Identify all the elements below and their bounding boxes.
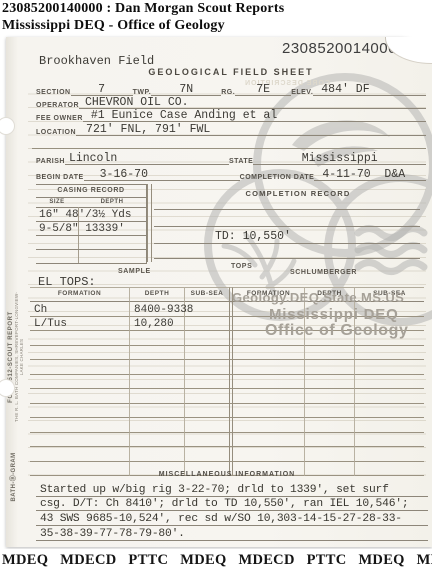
- scan-paper: Geology.DEQ.State.MS.US Mississippi DEQ …: [6, 37, 432, 547]
- operator-label: OPERATOR: [36, 102, 79, 109]
- completion-record-area: COMPLETION RECORD TD: 10,550': [152, 184, 424, 262]
- page-title-line1: 23085200140000 : Dan Morgan Scout Report…: [2, 0, 284, 17]
- begin-date-label: BEGIN DATE: [36, 174, 84, 181]
- field-name: Brookhaven Field: [39, 54, 154, 68]
- total-depth-value: TD: 10,550': [215, 230, 291, 243]
- location-value: 721' FNL, 791' FWL: [86, 124, 210, 136]
- rg-label: RG.: [221, 89, 235, 96]
- misc-line: 43 SWS 9685-10,524', rec sd w/SO 10,303-…: [36, 511, 428, 526]
- completion-record-title: COMPLETION RECORD: [198, 189, 398, 198]
- tops-col-depth: DEPTH: [305, 287, 355, 302]
- parish-label: PARISH: [36, 158, 65, 165]
- casing-record-title: CASING RECORD: [36, 185, 146, 198]
- fee-owner-label: FEE OWNER: [36, 115, 83, 122]
- page-header: 23085200140000 : Dan Morgan Scout Report…: [2, 0, 284, 34]
- fee-owner-row: FEE OWNER #1 Eunice Case Anding et al: [36, 109, 426, 122]
- fee-owner-value: #1 Eunice Case Anding et al: [91, 110, 277, 122]
- tops-row-depth: 10,280: [130, 317, 185, 332]
- misc-line: csg. D/T: Ch 8410'; drld to TD 10,550', …: [36, 497, 428, 512]
- blank-rule-line: [32, 148, 426, 149]
- misc-info-title: MISCELLANEOUS INFORMATION: [30, 471, 424, 478]
- state-value: Mississippi: [302, 153, 378, 165]
- corner-curl: [385, 37, 432, 64]
- casing-row: 16" 48'/3½ Yds: [36, 208, 146, 222]
- twp-label: TWP.: [133, 89, 152, 96]
- section-row: SECTION 7 TWP. 7N RG. 7E ELEV. 484' DF: [36, 82, 426, 96]
- tops-col-depth: DEPTH: [130, 287, 185, 302]
- casing-row-empty: [36, 250, 146, 263]
- edge-notch: [0, 117, 15, 135]
- scanned-document-page: 23085200140000 : Dan Morgan Scout Report…: [0, 0, 432, 571]
- parish-row: PARISH Lincoln STATE Mississippi: [36, 151, 426, 165]
- casing-record-header: SIZE DEPTH: [36, 198, 146, 208]
- tops-row-formation: Ch: [30, 302, 130, 317]
- begin-date-value: 3-16-70: [100, 169, 148, 181]
- sheet-title: GEOLOGICAL FIELD SHEET: [131, 67, 331, 77]
- section-label: SECTION: [36, 89, 71, 96]
- tops-col-subsea: SUB-SEA: [355, 287, 424, 302]
- twp-value: 7N: [179, 84, 193, 96]
- section-value: 7: [98, 84, 105, 96]
- tops-row-depth: 8400-9338: [130, 302, 185, 317]
- location-row: LOCATION 721' FNL, 791' FWL: [36, 122, 426, 136]
- state-label: STATE: [229, 158, 253, 165]
- sample-label: SAMPLE: [118, 268, 151, 275]
- casing-col-size: SIZE: [36, 198, 78, 207]
- footer-watermark: MDEQ MDECD PTTC MDEQ MDECD PTTC MDEQ MDE…: [0, 549, 432, 571]
- completion-date-value: 4-11-70 D&A: [322, 169, 405, 181]
- casing-row-empty: [36, 236, 146, 250]
- page-title-line2: Mississippi DEQ - Office of Geology: [2, 17, 284, 34]
- casing-row: 9-5/8" 13339': [36, 222, 146, 236]
- misc-line: Started up w/big rig 3-22-70; drld to 13…: [36, 482, 428, 497]
- operator-value: CHEVRON OIL CO.: [85, 97, 189, 109]
- tops-col-formation: FORMATION: [233, 287, 305, 302]
- operator-row: OPERATOR CHEVRON OIL CO.: [36, 96, 426, 109]
- elev-value: 484' DF: [321, 84, 369, 96]
- elev-label: ELEV.: [291, 89, 313, 96]
- schlumberger-label: SCHLUMBERGER: [290, 269, 357, 276]
- completion-date-label: COMPLETION DATE: [240, 174, 315, 181]
- parish-value: Lincoln: [69, 153, 117, 165]
- location-label: LOCATION: [36, 129, 76, 136]
- dates-row: BEGIN DATE 3-16-70 COMPLETION DATE 4-11-…: [36, 167, 426, 181]
- bath-gram-imprint: BATH-Ⓑ-GRAM: [8, 449, 20, 505]
- side-form-subtitle: THE R. L. BATH COMPANIES, SHREVEPORT-LON…: [14, 287, 24, 427]
- tops-col-formation: FORMATION: [30, 287, 130, 302]
- misc-info-block: Started up w/big rig 3-22-70; drld to 13…: [36, 482, 428, 541]
- casing-col-depth: DEPTH: [78, 198, 146, 207]
- tops-col-subsea: SUB-SEA: [185, 287, 229, 302]
- side-form-imprint: FORM 512-SCOUT REPORT THE R. L. BATH COM…: [8, 287, 24, 427]
- misc-line: 35-38-39-77-78-79-80'.: [36, 526, 428, 541]
- el-tops-table: FORMATION DEPTH SUB-SEA FORMATION DEPTH …: [30, 287, 424, 476]
- rg-value: 7E: [256, 84, 270, 96]
- tops-label: TOPS: [231, 263, 252, 270]
- casing-record-table: CASING RECORD SIZE DEPTH 16" 48'/3½ Yds …: [36, 184, 147, 264]
- tops-row-formation: L/Tus: [30, 317, 130, 332]
